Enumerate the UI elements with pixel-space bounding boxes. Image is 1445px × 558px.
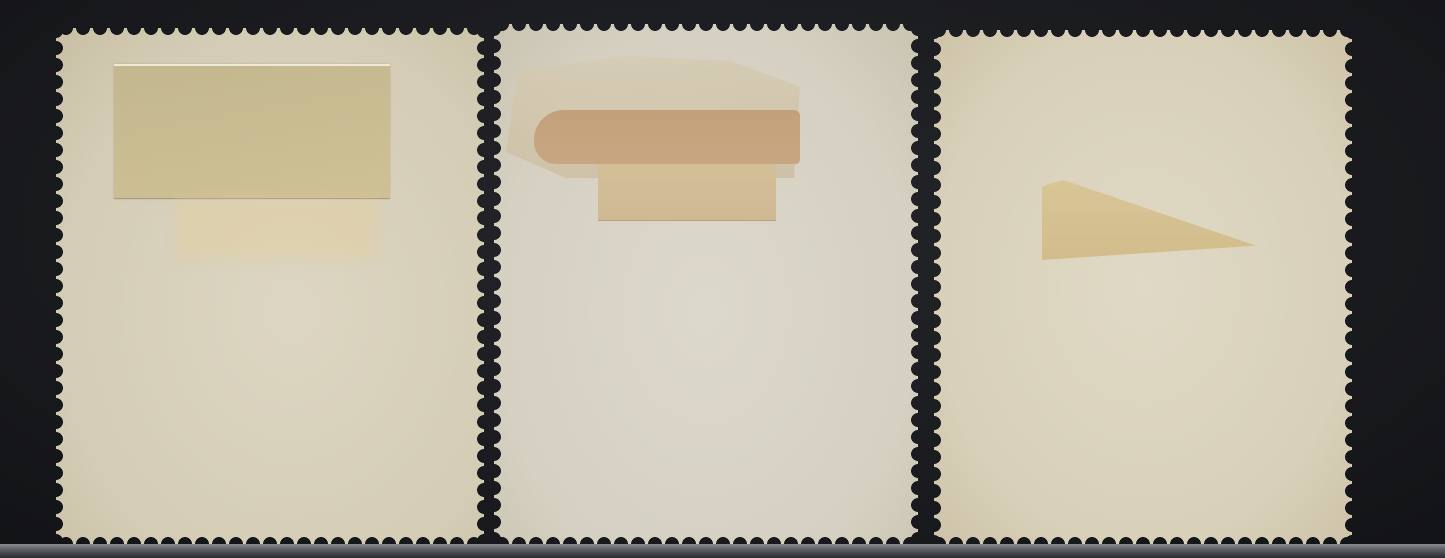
stamp-left	[56, 28, 484, 544]
hinge-remnant-center-tan	[534, 110, 800, 164]
hinge-remnant-center-lower	[598, 164, 776, 221]
stamp-right-paper	[934, 30, 1352, 544]
bottom-edge-strip	[0, 544, 1445, 558]
hinge-residue-left	[176, 198, 376, 258]
hinge-remnant-left	[114, 64, 390, 199]
stamp-right	[934, 30, 1352, 544]
stamp-center	[494, 24, 918, 544]
